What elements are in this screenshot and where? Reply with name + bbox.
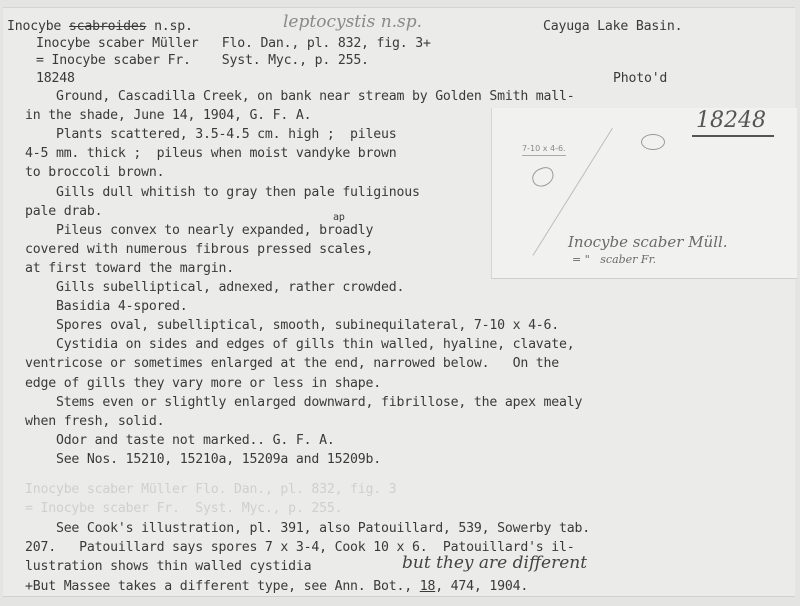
- text-line: ventricose or sometimes enlarged at the …: [25, 355, 559, 372]
- text-line: Basidia 4-spored.: [25, 298, 188, 315]
- text-line: covered with numerous fibrous pressed sc…: [25, 241, 373, 258]
- text-line: Cystidia on sides and edges of gills thi…: [25, 336, 575, 353]
- text-line: Spores oval, subelliptical, smooth, subi…: [25, 317, 559, 334]
- text-line: pale drab.: [25, 203, 102, 220]
- text-line: See Nos. 15210, 15210a, 15209a and 15209…: [25, 451, 381, 468]
- text-line: Inocybe scaber Müller Flo. Dan., pl. 832…: [25, 481, 397, 498]
- text-line: Gills dull whitish to gray then pale ful…: [25, 184, 420, 201]
- text-line: in the shade, June 14, 1904, G. F. A.: [25, 107, 311, 124]
- photo-print: 18248 7-10 x 4-6. Inocybe scaber Müll. =…: [491, 108, 797, 279]
- title-struck-epithet: scabroides: [69, 19, 146, 34]
- text-line: Plants scattered, 3.5-4.5 cm. high ; pil…: [25, 126, 397, 143]
- specimen-number: 18248: [36, 70, 75, 87]
- text-line: at first toward the margin.: [25, 260, 234, 277]
- text-line: Ground, Cascadilla Creek, on bank near s…: [25, 88, 575, 105]
- text-line: Stems even or slightly enlarged downward…: [25, 394, 582, 411]
- spore-drawing-icon: [641, 134, 665, 150]
- text-line: 4-5 mm. thick ; pileus when moist vandyk…: [25, 145, 397, 162]
- handwritten-footer-note: but they are different: [402, 553, 587, 573]
- synonym-line-1: Inocybe scaber Müller Flo. Dan., pl. 832…: [36, 35, 431, 52]
- synonym-line-2: = Inocybe scaber Fr. Syst. Myc., p. 255.: [36, 52, 369, 69]
- photo-note: Photo'd: [613, 70, 667, 87]
- region-label: Cayuga Lake Basin.: [543, 18, 682, 35]
- text-line: See Cook's illustration, pl. 391, also P…: [25, 520, 590, 537]
- photo-handwritten-label-1: Inocybe scaber Müll.: [568, 233, 728, 251]
- text-line: lustration shows thin walled cystidia: [25, 558, 311, 575]
- footnote: +But Massee takes a different type, see …: [25, 578, 528, 595]
- spore-size-label: 7-10 x 4-6.: [522, 144, 566, 156]
- title-genus: Inocybe: [7, 19, 69, 34]
- text-line: Odor and taste not marked.. G. F. A.: [25, 432, 335, 449]
- spore-drawing-icon: [530, 165, 557, 189]
- text-line: = Inocybe scaber Fr. Syst. Myc., p. 255.: [25, 500, 342, 517]
- text-line: to broccoli brown.: [25, 164, 164, 181]
- photo-handwritten-label-2: = " scaber Fr.: [572, 253, 656, 266]
- text-line: when fresh, solid.: [25, 413, 164, 430]
- text-line: Gills subelliptical, adnexed, rather cro…: [25, 279, 404, 296]
- specimen-card: Inocybe scabroides n.sp. leptocystis n.s…: [3, 7, 795, 597]
- text-line: Pileus convex to nearly expanded, broadl…: [25, 222, 373, 239]
- footnote-suffix: , 474, 1904.: [435, 579, 528, 594]
- text-line: edge of gills they vary more or less in …: [25, 375, 381, 392]
- footnote-text: +But Massee takes a different type, see …: [25, 579, 420, 594]
- handwritten-title-note: leptocystis n.sp.: [283, 12, 422, 32]
- insertion-mark: ap: [333, 209, 345, 226]
- footnote-volume: 18: [420, 579, 435, 594]
- title-suffix: n.sp.: [146, 19, 192, 34]
- species-title: Inocybe scabroides n.sp.: [7, 18, 193, 35]
- photo-number: 18248: [692, 108, 774, 137]
